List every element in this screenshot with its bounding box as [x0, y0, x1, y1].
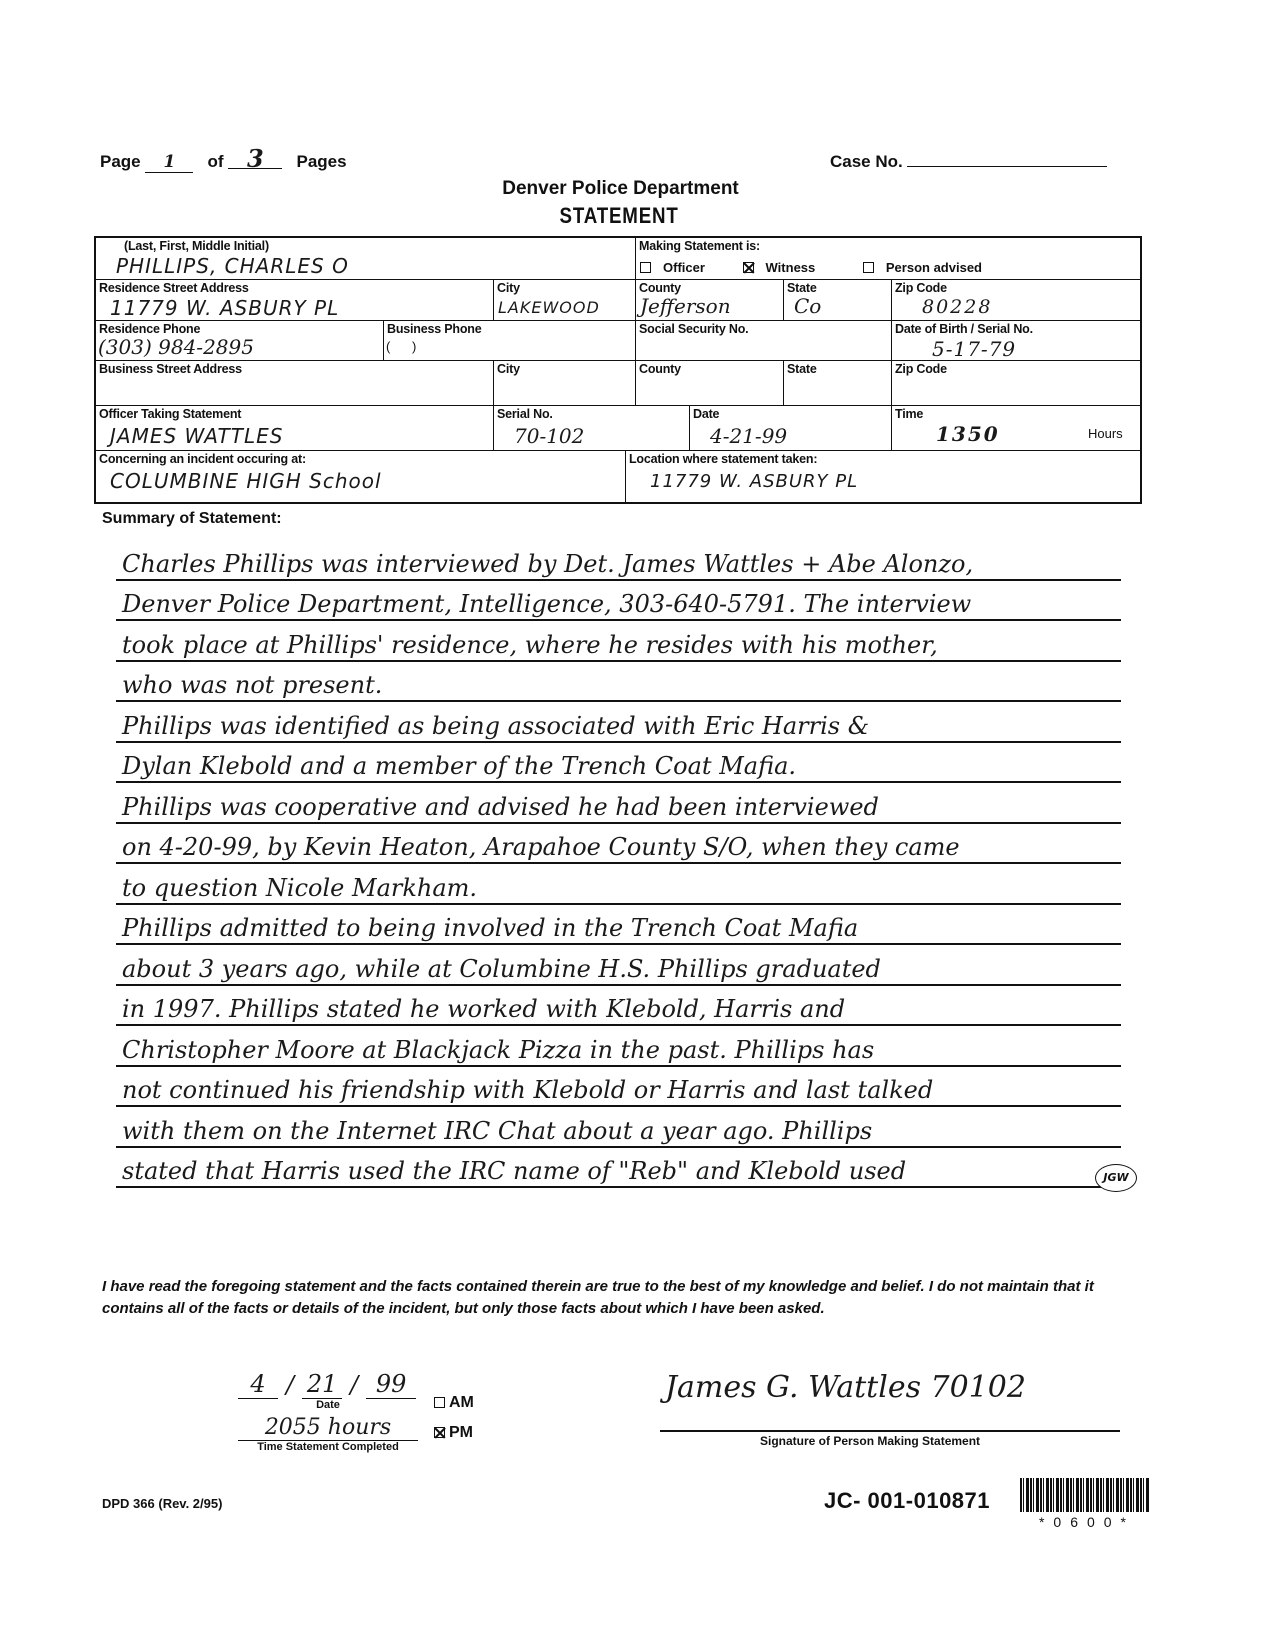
- residence-county-label: County: [639, 281, 681, 295]
- officer-value: JAMES WATTLES: [110, 424, 283, 448]
- summary-line: not continued his friendship with Klebol…: [116, 1067, 1121, 1108]
- signature-line: [660, 1430, 1120, 1432]
- signature: James G. Wattles 70102: [665, 1370, 1026, 1405]
- statement-location-label: Location where statement taken:: [629, 452, 817, 466]
- am-label: AM: [449, 1394, 474, 1411]
- summary-text: on 4-20-99, by Kevin Heaton, Arapahoe Co…: [122, 833, 960, 861]
- statement-form-table: (Last, First, Middle Initial) PHILLIPS, …: [94, 236, 1142, 504]
- incident-location-value: COLUMBINE HIGH School: [110, 469, 382, 493]
- residence-county-cell[interactable]: County Jefferson: [636, 280, 784, 321]
- summary-text: Phillips was identified as being associa…: [122, 712, 869, 740]
- summary-text: to question Nicole Markham.: [122, 874, 477, 902]
- attestation-text: I have read the foregoing statement and …: [102, 1276, 1142, 1320]
- summary-text: who was not present.: [122, 671, 382, 699]
- incident-location-cell[interactable]: Concerning an incident occuring at: COLU…: [96, 451, 626, 502]
- residence-city-cell[interactable]: City LAKEWOOD: [494, 280, 636, 321]
- ssn-cell[interactable]: Social Security No.: [636, 321, 892, 361]
- person-advised-label: Person advised: [886, 260, 982, 275]
- dob-label: Date of Birth / Serial No.: [895, 322, 1033, 336]
- residence-city-label: City: [497, 281, 520, 295]
- summary-text: with them on the Internet IRC Chat about…: [122, 1117, 872, 1145]
- officer-label: Officer Taking Statement: [99, 407, 241, 421]
- name-label: (Last, First, Middle Initial): [124, 239, 269, 253]
- summary-line: in 1997. Phillips stated he worked with …: [116, 986, 1121, 1027]
- summary-line: stated that Harris used the IRC name of …: [116, 1148, 1121, 1189]
- business-phone-label: Business Phone: [387, 322, 481, 336]
- business-county-cell[interactable]: County: [636, 361, 784, 406]
- residence-state-cell[interactable]: State Co: [784, 280, 892, 321]
- dob-value: 5-17-79: [932, 337, 1016, 361]
- page-count: Page 1 of 3 Pages: [100, 150, 347, 173]
- serial-cell[interactable]: Serial No. 70-102: [494, 406, 690, 451]
- page-number: 1: [145, 152, 193, 173]
- business-address-label: Business Street Address: [99, 362, 242, 376]
- business-city-label: City: [497, 362, 520, 376]
- summary-line: took place at Phillips' residence, where…: [116, 621, 1121, 662]
- summary-text: Phillips admitted to being involved in t…: [122, 914, 858, 942]
- summary-line: who was not present.: [116, 662, 1121, 703]
- residence-zip-cell[interactable]: Zip Code 80228: [892, 280, 1140, 321]
- residence-state-value: Co: [794, 294, 821, 318]
- checkbox-pm-checked[interactable]: [434, 1427, 445, 1438]
- residence-phone-cell[interactable]: Residence Phone (303) 984-2895: [96, 321, 384, 361]
- business-state-cell[interactable]: State: [784, 361, 892, 406]
- date-value: 4-21-99: [710, 424, 787, 448]
- time-cell[interactable]: Time 1350 Hours: [892, 406, 1140, 451]
- option-witness[interactable]: Witness: [743, 260, 816, 275]
- summary-line: Phillips was identified as being associa…: [116, 702, 1121, 743]
- form-id: DPD 366 (Rev. 2/95): [102, 1496, 222, 1511]
- name-value: PHILLIPS, CHARLES O: [116, 254, 349, 278]
- business-phone-cell[interactable]: Business Phone ( ): [384, 321, 636, 361]
- residence-city-value: LAKEWOOD: [498, 298, 600, 317]
- summary-text: not continued his friendship with Klebol…: [122, 1076, 933, 1104]
- signature-label: Signature of Person Making Statement: [760, 1434, 980, 1448]
- checkbox-am[interactable]: [434, 1397, 445, 1408]
- residence-phone-label: Residence Phone: [99, 322, 200, 336]
- business-county-label: County: [639, 362, 681, 376]
- time-label: Time: [895, 407, 923, 421]
- completion-time: 2055 hours: [238, 1415, 418, 1441]
- residence-zip-label: Zip Code: [895, 281, 947, 295]
- making-statement-cell: Making Statement is: Officer Witness Per…: [636, 238, 1140, 280]
- form-title-text: STATEMENT: [560, 203, 679, 229]
- business-state-label: State: [787, 362, 817, 376]
- summary-line: about 3 years ago, while at Columbine H.…: [116, 945, 1121, 986]
- summary-line: on 4-20-99, by Kevin Heaton, Arapahoe Co…: [116, 824, 1121, 865]
- barcode-icon: [1020, 1478, 1150, 1512]
- summary-line: Charles Phillips was interviewed by Det.…: [116, 540, 1121, 581]
- statement-location-value: 11779 W. ASBURY PL: [650, 471, 858, 492]
- business-city-cell[interactable]: City: [494, 361, 636, 406]
- date-slash: /: [286, 1371, 294, 1399]
- checkbox-person-advised[interactable]: [863, 262, 874, 273]
- department-text: Denver Police Department: [502, 178, 739, 199]
- form-title: STATEMENT: [0, 203, 1275, 229]
- officer-label: Officer: [663, 260, 705, 275]
- case-number: Case No.: [830, 152, 1107, 172]
- pm-label: PM: [449, 1424, 473, 1441]
- date-slash: /: [350, 1371, 358, 1399]
- date-day: 21: [302, 1370, 342, 1399]
- residence-zip-value: 80228: [922, 296, 992, 318]
- summary-text: Christopher Moore at Blackjack Pizza in …: [122, 1036, 874, 1064]
- business-zip-cell[interactable]: Zip Code: [892, 361, 1140, 406]
- summary-text: stated that Harris used the IRC name of …: [122, 1157, 906, 1185]
- name-cell[interactable]: (Last, First, Middle Initial) PHILLIPS, …: [96, 238, 636, 280]
- summary-text: Phillips was cooperative and advised he …: [122, 793, 879, 821]
- time-completed-label: Time Statement Completed: [238, 1441, 418, 1453]
- pm-option[interactable]: PM: [434, 1424, 473, 1442]
- making-statement-label: Making Statement is:: [639, 239, 760, 253]
- summary-text: took place at Phillips' residence, where…: [122, 631, 938, 659]
- am-option[interactable]: AM: [434, 1394, 474, 1412]
- summary-line: Phillips admitted to being involved in t…: [116, 905, 1121, 946]
- summary-line: to question Nicole Markham.: [116, 864, 1121, 905]
- dob-cell[interactable]: Date of Birth / Serial No. 5-17-79: [892, 321, 1140, 361]
- summary-label: Summary of Statement:: [102, 510, 282, 528]
- summary-line: Christopher Moore at Blackjack Pizza in …: [116, 1026, 1121, 1067]
- residence-address-label: Residence Street Address: [99, 281, 249, 295]
- witness-label: Witness: [766, 260, 816, 275]
- date-label: Date: [693, 407, 719, 421]
- statement-location-cell[interactable]: Location where statement taken: 11779 W.…: [626, 451, 1140, 502]
- pages-label: Pages: [297, 152, 347, 171]
- business-zip-label: Zip Code: [895, 362, 947, 376]
- officer-cell[interactable]: Officer Taking Statement JAMES WATTLES: [96, 406, 494, 451]
- date-cell[interactable]: Date 4-21-99: [690, 406, 892, 451]
- date-year: 99: [366, 1370, 416, 1399]
- initials-stamp: JGW: [1095, 1164, 1137, 1192]
- completion-date: 4 / 21 / 99: [238, 1370, 418, 1399]
- residence-state-label: State: [787, 281, 817, 295]
- summary-text: in 1997. Phillips stated he worked with …: [122, 995, 845, 1023]
- business-phone-value: ( ): [386, 339, 416, 354]
- case-no-field[interactable]: [907, 166, 1107, 167]
- case-no-label: Case No.: [830, 152, 903, 171]
- serial-label: Serial No.: [497, 407, 553, 421]
- option-person-advised[interactable]: Person advised: [863, 260, 982, 275]
- summary-line: Denver Police Department, Intelligence, …: [116, 581, 1121, 622]
- business-address-cell[interactable]: Business Street Address: [96, 361, 494, 406]
- residence-address-value: 11779 W. ASBURY PL: [110, 296, 339, 320]
- time-completed-value: 2055 hours: [238, 1415, 418, 1441]
- residence-phone-value: (303) 984-2895: [98, 335, 254, 359]
- barcode-number: *0600*: [1022, 1514, 1152, 1530]
- checkbox-witness-checked[interactable]: [743, 262, 754, 273]
- page-label: Page: [100, 152, 141, 171]
- summary-lines: Charles Phillips was interviewed by Det.…: [116, 540, 1121, 1188]
- total-pages: 3: [228, 150, 282, 169]
- completion-date-block: 4 / 21 / 99 Date 2055 hours Time Stateme…: [238, 1370, 418, 1453]
- ssn-label: Social Security No.: [639, 322, 748, 336]
- option-officer[interactable]: Officer: [640, 260, 705, 275]
- summary-text: Dylan Klebold and a member of the Trench…: [122, 752, 796, 780]
- summary-text: Charles Phillips was interviewed by Det.…: [122, 550, 973, 578]
- summary-text: about 3 years ago, while at Columbine H.…: [122, 955, 881, 983]
- date-month: 4: [238, 1370, 278, 1399]
- time-unit: Hours: [1088, 426, 1123, 441]
- summary-line: Dylan Klebold and a member of the Trench…: [116, 743, 1121, 784]
- summary-line: with them on the Internet IRC Chat about…: [116, 1107, 1121, 1148]
- of-label: of: [208, 152, 224, 171]
- summary-line: Phillips was cooperative and advised he …: [116, 783, 1121, 824]
- incident-location-label: Concerning an incident occuring at:: [99, 452, 306, 466]
- making-statement-options: Officer Witness Person advised: [640, 260, 982, 275]
- checkbox-officer[interactable]: [640, 262, 651, 273]
- serial-value: 70-102: [514, 424, 584, 448]
- date-label: Date: [238, 1399, 418, 1411]
- department-name: Denver Police Department: [0, 178, 1275, 200]
- document-number: JC- 001-010871: [824, 1488, 990, 1514]
- residence-county-value: Jefferson: [640, 294, 731, 318]
- residence-address-cell[interactable]: Residence Street Address 11779 W. ASBURY…: [96, 280, 494, 321]
- summary-text: Denver Police Department, Intelligence, …: [122, 590, 971, 618]
- time-value: 1350: [936, 422, 1000, 446]
